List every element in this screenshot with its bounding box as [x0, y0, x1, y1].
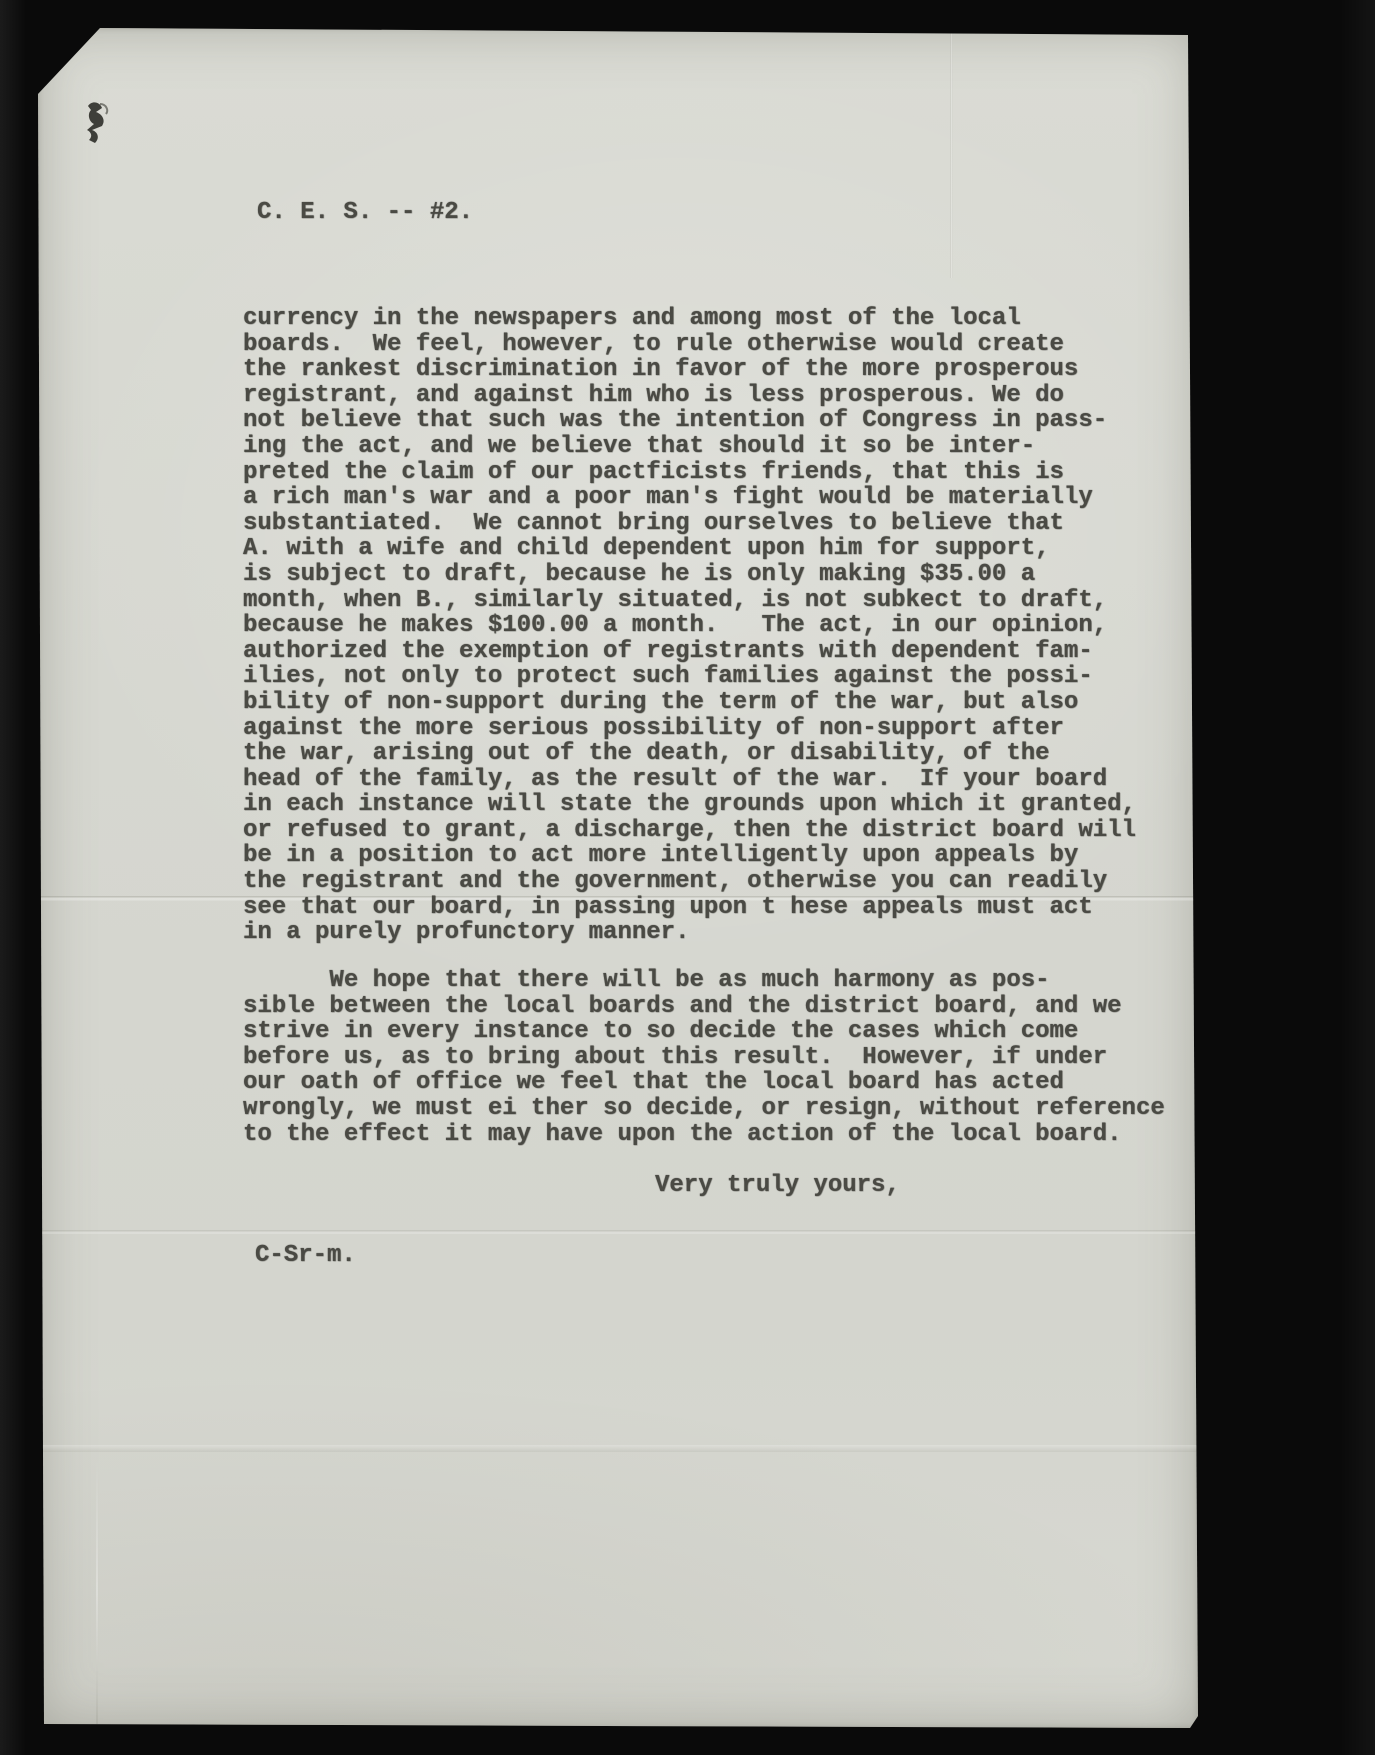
- ink-blot: [82, 96, 116, 148]
- fold-crease-vertical-top: [950, 28, 953, 278]
- ink-blot-mark: [82, 96, 116, 148]
- fold-crease-vertical-bottom-left: [96, 1458, 98, 1724]
- scan-background: C. E. S. -- #2. currency in the newspape…: [0, 0, 1375, 1755]
- fold-crease-horizontal-bottom: [38, 1445, 1198, 1452]
- fold-crease-horizontal-lower: [38, 1230, 1198, 1234]
- typist-initials: C-Sr-m.: [255, 1243, 356, 1269]
- letter-page: C. E. S. -- #2. currency in the newspape…: [38, 28, 1198, 1728]
- page-reference: C. E. S. -- #2.: [257, 200, 473, 226]
- body-paragraph-2: We hope that there will be as much harmo…: [243, 968, 1165, 1147]
- body-paragraph-1: currency in the newspapers and among mos…: [243, 306, 1136, 946]
- closing-valediction: Very truly yours,: [655, 1173, 900, 1199]
